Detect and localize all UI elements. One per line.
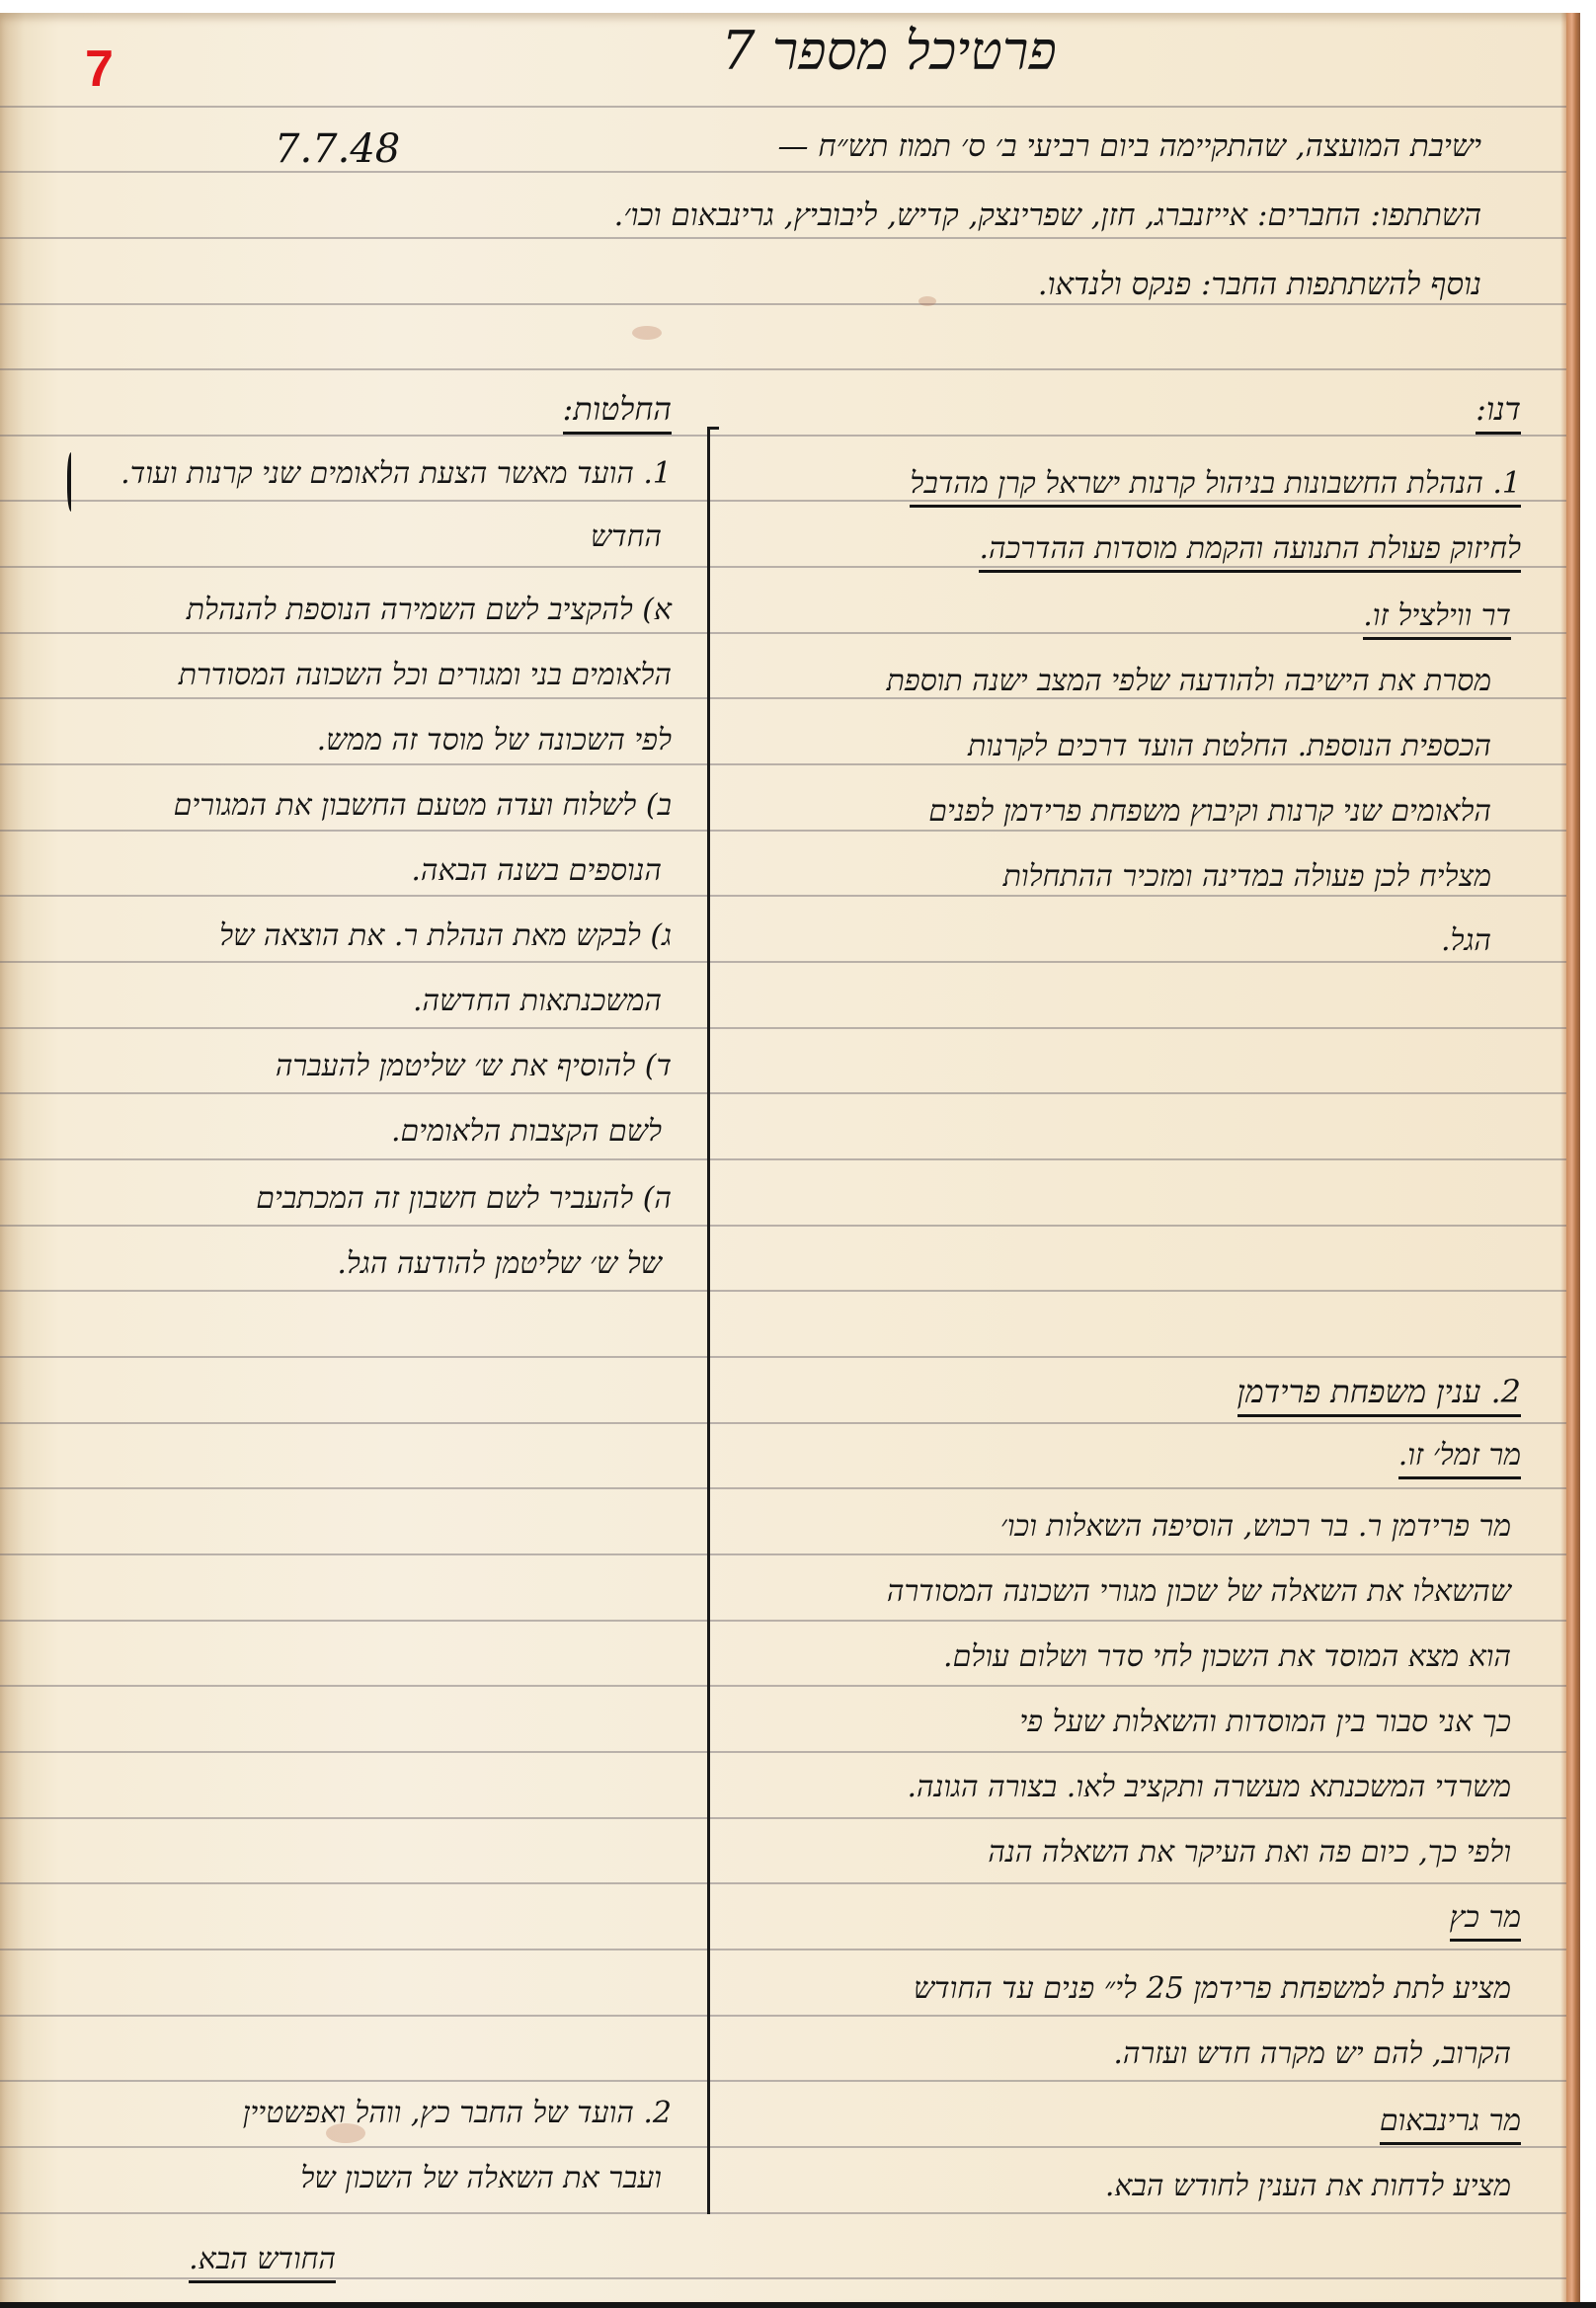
meeting-date: 7.7.48 [275,126,400,172]
decision-1e-line: של ש׳ שליטמן להודעה הגל. [178,1246,662,1281]
discussion-item-1-line-2: לחיזוק פעולת התנועה והקמת מוסדות ההדרכה. [731,531,1521,566]
decision-1d-line: ד) להוסיף את ש׳ שליטמן להעברה [59,1049,672,1083]
notebook-page [0,13,1578,2302]
header-additional-line: נוסף להשתתפות החבר: פנקס ולנדאו. [889,267,1481,302]
decision-1d-line: לשם הקצבות הלאומים. [277,1114,662,1149]
decision-1-body-line: הנוספים בשנה הבאה. [296,853,662,888]
page-number: 7 [85,43,114,95]
discussion-item-1-body-line: הכספית הנוספת. החלטת הועד דרכים לקרנות [731,729,1491,763]
discussion-item-2-heading: 2. ענין משפחת פרידמן [1067,1373,1521,1410]
discussion-item-2-body-line: הוא מצא המוסד את השכון לחי סדר ושלום עול… [731,1639,1511,1674]
decision-1e-line: ה) להעביר לשם חשבון זה המכתבים [59,1181,672,1216]
ink-stain [632,326,662,340]
discussion-item-2-body-line: מציע לתת למשפחת פרידמן 25 לי״ פנים עד הח… [721,1971,1511,2006]
discussion-item-2-body-line: ולפי כך, כיום פה ואת העיקר את השאלה הנה [731,1835,1511,1870]
decision-1-body-line: א) להקציב לשם השמירה הנוספת להנהלת [59,593,672,627]
decision-1c-line: ג) לבקש מאת הנהלת ר. את הוצאה של [59,918,672,953]
scan-bottom-edge [0,2302,1596,2308]
discussion-item-2-speaker-3: מר גרינבאום [1304,2104,1521,2138]
decisions-heading: החלטות: [533,390,672,428]
column-divider [707,427,710,2214]
header-participants-line: השתתפו: החברים: אייזנברג, חזן, שפרינצק, … [464,198,1481,233]
discussion-heading: דנו: [1363,390,1521,428]
column-divider-tick [707,427,719,430]
ruled-lines [0,13,1566,2302]
discussion-item-2-body-line: הקרוב, להם יש מקרה חדש ועזרה. [731,2036,1511,2071]
header-meeting-line: ישיבת המועצה, שהתקיימה ביום רביעי ב׳ ס׳ … [454,128,1481,164]
discussion-item-2-body-line: משרדי המשכנתא מעשרה ותקציב לאו. בצורה הג… [731,1770,1511,1804]
discussion-item-2-body-line: שהשאלו את השאלה של שכון מגורי השכונה המס… [731,1574,1511,1609]
decision-1c-line: המשכנתאות החדשה. [257,984,662,1018]
decision-1-body-line: לפי השכונה של מוסד זה ממש. [59,723,672,757]
discussion-item-1-body-line: הלאומים שני קרנות וקיבוץ משפחת פרידמן לפ… [731,794,1491,829]
page-title: פרטיכל מספר 7 [681,20,1096,82]
decision-1-line: החדש [395,519,662,554]
decision-1-body-line: הלאומים בני ומגורים וכל השכונה המסודרת [59,658,672,692]
discussion-item-1-body-line: מסרת את הישיבה ולהודעה שלפי המצב ישנה תו… [731,664,1491,698]
discussion-item-1-body-line: מצליח לכן פעולה במדינה ומזכיר ההתחלות [731,859,1491,894]
discussion-item-2-body-line: מציע לדחות את הענין לחודש הבא. [731,2169,1511,2203]
discussion-item-2-body-line: מר פרידמן ר. בר רכוש, הוסיפה השאלות וכו׳ [731,1509,1511,1544]
discussion-item-2-speaker: מר זמל׳ זו. [1284,1438,1521,1472]
discussion-item-1-body-line: הגל. [731,923,1491,958]
notebook-binding-edge [1566,13,1580,2302]
discussion-item-2-speaker-2: מר כץ [1343,1900,1521,1935]
decision-2-line: ועבר את השאלה של השכון של [89,2161,662,2195]
discussion-item-1-line-1: 1. הנהלת החשבונות בניהול קרנות ישראל קרן… [731,466,1521,501]
discussion-item-2-body-line: כך אני סבור בין המוסדות והשאלות שעל פי [731,1705,1511,1739]
decision-2-line: 2. הועד של החבר כץ, ווהל ואפשטיין [69,2096,672,2130]
discussion-item-1-speaker: דר ווילציל זו. [1185,598,1511,633]
decision-1-line: 1. הועד מאשר הצעת הלאומים שני קרנות ועוד… [59,456,672,491]
decision-2-footer: החודש הבא. [79,2242,336,2276]
decision-1-body-line: ב) לשלוח ועדה מטעם החשבון את המגורים [59,788,672,823]
